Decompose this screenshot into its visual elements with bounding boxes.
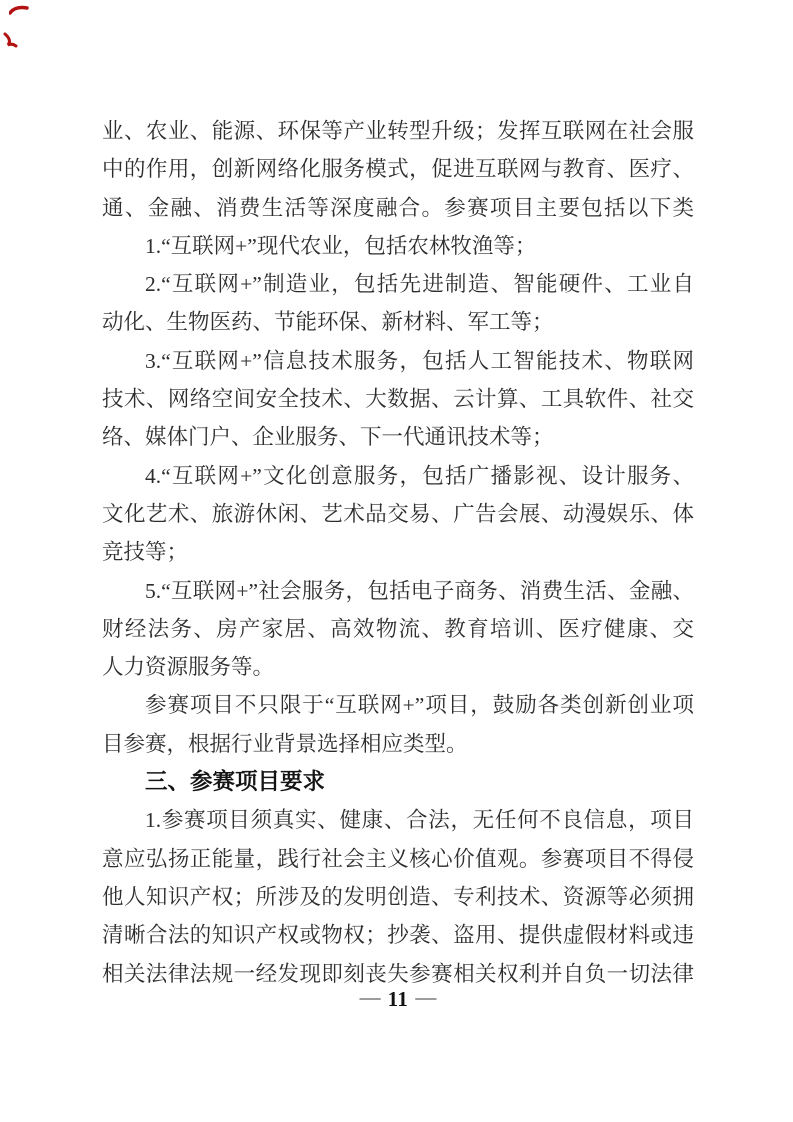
text-line: 他人知识产权；所涉及的发明创造、专利技术、资源等必须拥有 — [102, 878, 694, 916]
text-line: 目参赛，根据行业背景选择相应类型。 — [102, 725, 694, 763]
section-heading: 三、参赛项目要求 — [102, 763, 694, 801]
page-number-footer: —11— — [102, 986, 694, 1012]
text-line: 络、媒体门户、企业服务、下一代通讯技术等； — [102, 418, 694, 456]
text-line: 1.“互联网+”现代农业，包括农林牧渔等； — [102, 227, 694, 265]
footer-dash-right: — — [415, 985, 436, 1009]
red-pen-mark-icon — [3, 31, 18, 49]
text-line: 竞技等； — [102, 533, 694, 571]
text-line: 中的作用，创新网络化服务模式，促进互联网与教育、医疗、交 — [102, 150, 694, 188]
text-line: 4.“互联网+”文化创意服务，包括广播影视、设计服务、 — [102, 457, 694, 495]
footer-dash-left: — — [360, 985, 381, 1009]
text-line: 文化艺术、旅游休闲、艺术品交易、广告会展、动漫娱乐、体育 — [102, 495, 694, 533]
text-line: 1.参赛项目须真实、健康、合法，无任何不良信息，项目立 — [102, 801, 694, 839]
text-line: 财经法务、房产家居、高效物流、教育培训、医疗健康、交通、 — [102, 610, 694, 648]
text-line: 技术、网络空间安全技术、大数据、云计算、工具软件、社交网 — [102, 380, 694, 418]
text-line: 2.“互联网+”制造业，包括先进制造、智能硬件、工业自 — [102, 265, 694, 303]
document-page: 业、农业、能源、环保等产业转型升级；发挥互联网在社会服务 中的作用，创新网络化服… — [0, 0, 793, 1122]
text-line: 动化、生物医药、节能环保、新材料、军工等； — [102, 303, 694, 341]
text-line: 意应弘扬正能量，践行社会主义核心价值观。参赛项目不得侵犯 — [102, 840, 694, 878]
text-line: 通、金融、消费生活等深度融合。参赛项目主要包括以下类型： — [102, 189, 694, 227]
text-line: 3.“互联网+”信息技术服务，包括人工智能技术、物联网 — [102, 342, 694, 380]
page-number: 11 — [388, 987, 409, 1011]
text-line: 业、农业、能源、环保等产业转型升级；发挥互联网在社会服务 — [102, 112, 694, 150]
text-line: 清晰合法的知识产权或物权；抄袭、盗用、提供虚假材料或违反 — [102, 916, 694, 954]
red-pen-mark-icon — [9, 4, 29, 18]
text-line: 人力资源服务等。 — [102, 648, 694, 686]
text-line: 参赛项目不只限于“互联网+”项目，鼓励各类创新创业项 — [102, 686, 694, 724]
text-line: 5.“互联网+”社会服务，包括电子商务、消费生活、金融、 — [102, 572, 694, 610]
body-text: 业、农业、能源、环保等产业转型升级；发挥互联网在社会服务 中的作用，创新网络化服… — [102, 112, 694, 993]
